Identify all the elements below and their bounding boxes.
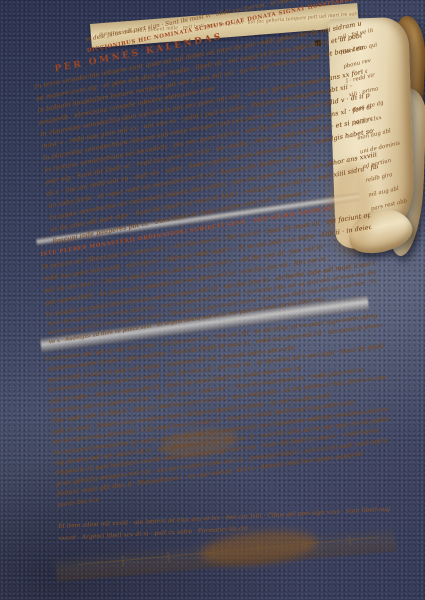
photo-stage: qua gravamine dari debent mille · pott t… xyxy=(0,0,425,600)
